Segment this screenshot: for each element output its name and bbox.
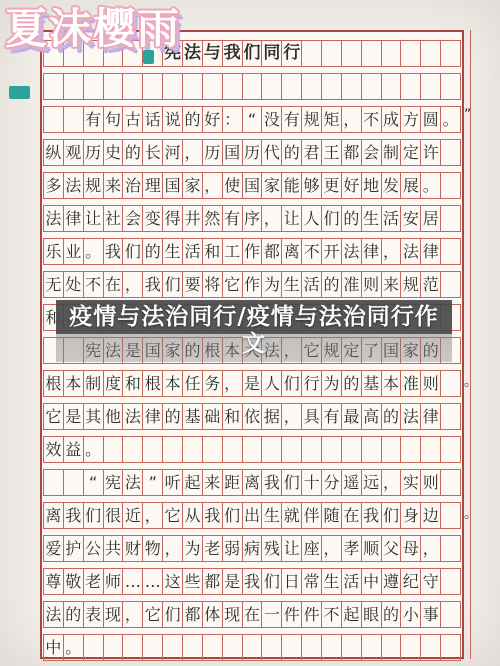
grid-cell: 我: [242, 568, 263, 595]
grid-cell: 来: [103, 172, 124, 199]
grid-cell: ，: [261, 205, 282, 232]
grid-cell: 其: [83, 403, 104, 430]
essay-row: 它是其他法律的基础和依据，具有最高的法律: [43, 403, 461, 430]
grid-cell: ，: [142, 502, 163, 529]
overlay-caption: 疫情与法治同行/疫情与法治同行作文: [56, 300, 452, 362]
grid-cell: 中: [43, 634, 64, 661]
grid-cell: 十: [301, 469, 322, 496]
grid-cell: 我: [103, 238, 124, 265]
grid-cell: [63, 73, 84, 100]
grid-cell: 律: [361, 238, 382, 265]
grid-cell: 君: [301, 139, 322, 166]
essay-row: 离我们很近，它从我们出生就伴随在我们身边。: [43, 502, 461, 529]
grid-cell: 有: [83, 106, 104, 133]
grid-cell: 王: [321, 139, 342, 166]
grid-cell: 许: [420, 139, 441, 166]
grid-cell: 作: [242, 238, 263, 265]
grid-cell: [122, 634, 143, 661]
grid-cell: 任: [182, 370, 203, 397]
grid-cell: [242, 73, 263, 100]
grid-cell: 法: [122, 469, 143, 496]
grid-cell: 准: [400, 370, 421, 397]
essay-row: 效益。: [43, 436, 461, 463]
grid-cell: 共: [103, 535, 124, 562]
grid-cell: 够: [301, 172, 322, 199]
grid-cell: 理: [142, 172, 163, 199]
grid-cell: 法: [43, 601, 64, 628]
grid-cell: 句: [103, 106, 124, 133]
grid-cell: [440, 139, 461, 166]
grid-cell: 很: [103, 502, 124, 529]
grid-cell: 它: [142, 601, 163, 628]
grid-cell: 们: [83, 502, 104, 529]
grid-cell: 生: [162, 238, 183, 265]
grid-cell: 现: [103, 601, 124, 628]
grid-cell: 生: [321, 568, 342, 595]
grid-cell: 同: [261, 40, 282, 67]
grid-cell: 的: [321, 271, 342, 298]
grid-cell: [381, 73, 402, 100]
grid-cell: 来: [202, 469, 223, 496]
grid-cell: 的: [381, 403, 402, 430]
grid-cell: 生: [261, 502, 282, 529]
grid-cell: [162, 634, 183, 661]
grid-cell: 们: [122, 238, 143, 265]
grid-cell: 我: [361, 502, 382, 529]
grid-cell: [381, 634, 402, 661]
grid-cell: [440, 436, 461, 463]
grid-cell: …: [142, 568, 163, 595]
grid-cell: [440, 601, 461, 628]
essay-row: 无处不在，我们要将它作为生活的准则来规范: [43, 271, 461, 298]
grid-cell: 历: [83, 139, 104, 166]
grid-cell: 。: [440, 106, 461, 133]
grid-cell: 距: [222, 469, 243, 496]
grid-cell: ，: [222, 370, 243, 397]
grid-cell: 老: [83, 568, 104, 595]
grid-cell: [440, 370, 461, 397]
grid-cell: [103, 634, 124, 661]
grid-cell: 母: [400, 535, 421, 562]
grid-cell: 小: [400, 601, 421, 628]
grid-cell: 纵: [43, 139, 64, 166]
grid-cell: 效: [43, 436, 64, 463]
grid-cell: 们: [242, 40, 263, 67]
grid-cell: 好: [341, 172, 362, 199]
grid-cell: 都: [341, 139, 362, 166]
grid-cell: 乐: [43, 238, 64, 265]
grid-cell: 在: [103, 271, 124, 298]
grid-cell: 身: [400, 502, 421, 529]
grid-cell: 说: [162, 106, 183, 133]
watermark-badge-icon: [9, 86, 30, 99]
grid-cell: 工: [222, 238, 243, 265]
grid-cell: [420, 436, 441, 463]
watermark-badge-icon: [143, 50, 154, 64]
grid-cell: [321, 436, 342, 463]
grid-cell: [63, 106, 84, 133]
grid-cell: [440, 634, 461, 661]
grid-cell: 观: [63, 139, 84, 166]
grid-cell: 的: [63, 601, 84, 628]
grid-cell: [440, 40, 461, 67]
grid-cell: [440, 469, 461, 496]
grid-cell: 家: [261, 172, 282, 199]
grid-cell: 远: [361, 469, 382, 496]
grid-cell: 的: [122, 139, 143, 166]
grid-cell: 活: [182, 238, 203, 265]
grid-cell: [361, 436, 382, 463]
grid-cell: 业: [63, 238, 84, 265]
grid-cell: [440, 172, 461, 199]
essay-row: “宪法”听起来距离我们十分遥远，实则: [43, 469, 461, 496]
grid-cell: 是: [242, 370, 263, 397]
grid-cell: 离: [281, 238, 302, 265]
grid-cell: 开: [321, 238, 342, 265]
grid-cell: 和: [122, 370, 143, 397]
grid-cell: 生: [281, 271, 302, 298]
grid-cell: 律: [142, 403, 163, 430]
grid-cell: [400, 73, 421, 100]
essay-row: 尊敬老师……这些都是我们日常生活中遵纪守: [43, 568, 461, 595]
grid-cell: 务: [202, 370, 223, 397]
grid-cell: 的: [182, 106, 203, 133]
grid-cell: 要: [182, 271, 203, 298]
grid-cell: 常: [301, 568, 322, 595]
grid-cell: [440, 403, 461, 430]
grid-cell: 法: [400, 238, 421, 265]
grid-cell: 不: [321, 601, 342, 628]
grid-cell: 都: [261, 238, 282, 265]
grid-cell: 地: [361, 172, 382, 199]
grid-cell: 些: [182, 568, 203, 595]
grid-cell: 代: [261, 139, 282, 166]
grid-cell: 基: [182, 403, 203, 430]
grid-cell: 治: [122, 172, 143, 199]
grid-cell: 不: [361, 106, 382, 133]
grid-cell: [381, 40, 402, 67]
grid-cell: [400, 40, 421, 67]
grid-cell: 规: [400, 271, 421, 298]
grid-cell: [321, 73, 342, 100]
grid-cell: 近: [122, 502, 143, 529]
grid-cell: [420, 634, 441, 661]
grid-cell: ”: [142, 469, 163, 496]
grid-cell: 敬: [63, 568, 84, 595]
grid-cell: …: [122, 568, 143, 595]
grid-cell: 基: [361, 370, 382, 397]
grid-cell: 遥: [341, 469, 362, 496]
grid-cell: 得: [162, 205, 183, 232]
grid-cell: 度: [103, 370, 124, 397]
grid-cell: “: [83, 469, 104, 496]
grid-cell: 听: [162, 469, 183, 496]
grid-cell: ，: [341, 106, 362, 133]
grid-cell: ，: [321, 535, 342, 562]
grid-cell: 法: [182, 40, 203, 67]
grid-cell: 法: [400, 403, 421, 430]
grid-cell: 居: [420, 205, 441, 232]
grid-cell: 矩: [321, 106, 342, 133]
grid-cell: [122, 436, 143, 463]
grid-cell: 让: [83, 205, 104, 232]
grid-cell: 日: [281, 568, 302, 595]
grid-cell: 则: [361, 271, 382, 298]
grid-cell: 有: [281, 106, 302, 133]
grid-cell: [122, 73, 143, 100]
overlay-caption-line: 文: [56, 331, 452, 358]
grid-cell: 体: [202, 601, 223, 628]
grid-cell: 让: [281, 535, 302, 562]
grid-cell: 边: [420, 502, 441, 529]
grid-cell: 师: [103, 568, 124, 595]
grid-cell: 们: [321, 205, 342, 232]
grid-cell: [321, 634, 342, 661]
grid-cell: [202, 634, 223, 661]
grid-cell: [63, 469, 84, 496]
grid-cell: 行: [281, 40, 302, 67]
grid-cell: 们: [162, 601, 183, 628]
grid-cell: 现: [222, 601, 243, 628]
grid-cell: [261, 73, 282, 100]
grid-cell: 律: [63, 205, 84, 232]
grid-cell: 物: [142, 535, 163, 562]
essay-row: 爱护公共财物，为老弱病残让座，孝顺父母，: [43, 535, 461, 562]
grid-cell: 他: [103, 403, 124, 430]
grid-cell: 安: [400, 205, 421, 232]
grid-cell: 分: [321, 469, 342, 496]
grid-cell: 与: [202, 40, 223, 67]
essay-row: 有句古话说的好：“没有规矩，不成方圆。”: [43, 106, 461, 133]
grid-cell: [361, 73, 382, 100]
essay-photo: 宪法与我们同行有句古话说的好：“没有规矩，不成方圆。”纵观历史的长河，历国历代的…: [0, 0, 500, 666]
grid-cell: 件: [301, 601, 322, 628]
grid-cell: 规: [301, 106, 322, 133]
grid-cell: 活: [301, 271, 322, 298]
grid-cell: 顺: [361, 535, 382, 562]
grid-cell: 孝: [341, 535, 362, 562]
grid-cell: 随: [321, 502, 342, 529]
grid-cell: [440, 205, 461, 232]
grid-cell: 不: [301, 238, 322, 265]
grid-cell: 们: [222, 502, 243, 529]
grid-cell: 高: [361, 403, 382, 430]
grid-cell: [420, 73, 441, 100]
grid-cell: [281, 634, 302, 661]
grid-cell: [261, 634, 282, 661]
grid-cell: 残: [261, 535, 282, 562]
grid-cell: 座: [301, 535, 322, 562]
grid-cell: 有: [222, 205, 243, 232]
grid-cell: [83, 634, 104, 661]
grid-cell: 。: [63, 634, 84, 661]
grid-cell: 们: [261, 568, 282, 595]
grid-cell: 起: [341, 601, 362, 628]
grid-cell: [222, 436, 243, 463]
margin-punctuation: 。: [464, 503, 478, 523]
grid-cell: 病: [242, 535, 263, 562]
grid-cell: 的: [341, 370, 362, 397]
grid-cell: 不: [83, 271, 104, 298]
watermark-logo: 夏沫樱雨: [5, 0, 181, 56]
grid-cell: 活: [341, 568, 362, 595]
grid-cell: 老: [202, 535, 223, 562]
grid-cell: [440, 502, 461, 529]
grid-cell: [242, 436, 263, 463]
grid-cell: 在: [341, 502, 362, 529]
grid-cell: 好: [202, 106, 223, 133]
grid-cell: [242, 634, 263, 661]
grid-cell: 定: [400, 139, 421, 166]
grid-cell: 们: [281, 370, 302, 397]
grid-cell: [142, 634, 163, 661]
grid-cell: 护: [63, 535, 84, 562]
grid-cell: 事: [420, 601, 441, 628]
grid-cell: 长: [142, 139, 163, 166]
grid-cell: [341, 634, 362, 661]
grid-cell: 展: [400, 172, 421, 199]
grid-cell: 都: [182, 601, 203, 628]
grid-cell: 出: [242, 502, 263, 529]
grid-cell: 们: [281, 469, 302, 496]
grid-cell: [43, 106, 64, 133]
grid-cell: [400, 436, 421, 463]
grid-cell: [162, 436, 183, 463]
grid-cell: [202, 73, 223, 100]
grid-cell: 是: [222, 568, 243, 595]
grid-cell: 我: [202, 502, 223, 529]
grid-cell: 国: [222, 139, 243, 166]
grid-cell: [381, 436, 402, 463]
grid-cell: [281, 436, 302, 463]
grid-cell: 能: [281, 172, 302, 199]
grid-cell: 准: [341, 271, 362, 298]
grid-cell: 则: [420, 469, 441, 496]
grid-cell: ，: [122, 271, 143, 298]
grid-cell: [361, 634, 382, 661]
grid-cell: [440, 568, 461, 595]
essay-row: 中。: [43, 634, 461, 661]
grid-cell: 伴: [301, 502, 322, 529]
grid-cell: 的: [281, 139, 302, 166]
essay-row: 纵观历史的长河，历国历代的君王都会制定许: [43, 139, 461, 166]
grid-cell: 人: [301, 205, 322, 232]
grid-cell: [301, 40, 322, 67]
grid-cell: [222, 634, 243, 661]
grid-cell: 规: [83, 172, 104, 199]
grid-cell: 在: [242, 601, 263, 628]
grid-cell: 会: [122, 205, 143, 232]
grid-cell: 它: [43, 403, 64, 430]
grid-cell: 河: [162, 139, 183, 166]
grid-cell: 历: [202, 139, 223, 166]
grid-cell: [341, 40, 362, 67]
essay-row: 根本制度和根本任务，是人们行为的基本准则。: [43, 370, 461, 397]
grid-cell: 遵: [381, 568, 402, 595]
grid-cell: 无: [43, 271, 64, 298]
grid-cell: 国: [162, 172, 183, 199]
grid-cell: 使: [222, 172, 243, 199]
grid-cell: 我: [261, 469, 282, 496]
grid-cell: [440, 271, 461, 298]
grid-cell: 都: [202, 568, 223, 595]
grid-cell: [103, 436, 124, 463]
grid-cell: [301, 73, 322, 100]
grid-cell: [341, 436, 362, 463]
grid-cell: ，: [281, 403, 302, 430]
grid-cell: [341, 73, 362, 100]
grid-cell: 益: [63, 436, 84, 463]
grid-cell: 法: [122, 403, 143, 430]
grid-cell: 一: [261, 601, 282, 628]
grid-cell: 本: [162, 370, 183, 397]
grid-cell: 社: [103, 205, 124, 232]
grid-cell: 为: [321, 370, 342, 397]
grid-cell: 国: [242, 172, 263, 199]
grid-cell: 活: [381, 205, 402, 232]
grid-cell: 律: [420, 403, 441, 430]
grid-cell: 财: [122, 535, 143, 562]
grid-cell: [162, 73, 183, 100]
grid-cell: 本: [63, 370, 84, 397]
grid-cell: 我: [222, 40, 243, 67]
grid-cell: ：: [222, 106, 243, 133]
grid-cell: 将: [202, 271, 223, 298]
grid-cell: [440, 238, 461, 265]
grid-cell: [420, 40, 441, 67]
grid-cell: 律: [420, 238, 441, 265]
grid-cell: 圆: [420, 106, 441, 133]
grid-cell: [83, 73, 104, 100]
grid-cell: 的: [341, 205, 362, 232]
grid-cell: 具: [301, 403, 322, 430]
grid-cell: [43, 73, 64, 100]
grid-cell: 来: [381, 271, 402, 298]
grid-cell: [281, 73, 302, 100]
grid-cell: 公: [83, 535, 104, 562]
grid-cell: 和: [222, 403, 243, 430]
grid-cell: 是: [63, 403, 84, 430]
grid-cell: ，: [202, 172, 223, 199]
grid-cell: 法: [63, 172, 84, 199]
grid-cell: 有: [321, 403, 342, 430]
grid-cell: [301, 436, 322, 463]
grid-cell: [103, 73, 124, 100]
grid-cell: 为: [261, 271, 282, 298]
grid-cell: ，: [162, 535, 183, 562]
grid-cell: 我: [142, 271, 163, 298]
grid-cell: [222, 73, 243, 100]
grid-cell: 它: [222, 271, 243, 298]
grid-cell: 会: [361, 139, 382, 166]
grid-cell: 础: [202, 403, 223, 430]
grid-cell: [301, 634, 322, 661]
essay-row: 乐业。我们的生活和工作都离不开法律，法律: [43, 238, 461, 265]
grid-cell: ，: [122, 601, 143, 628]
grid-cell: 历: [242, 139, 263, 166]
grid-cell: 弱: [222, 535, 243, 562]
grid-cell: 我: [63, 502, 84, 529]
grid-cell: 它: [162, 502, 183, 529]
grid-cell: 古: [122, 106, 143, 133]
grid-cell: 。: [420, 172, 441, 199]
grid-cell: 中: [361, 568, 382, 595]
grid-cell: 发: [381, 172, 402, 199]
grid-cell: 据: [261, 403, 282, 430]
grid-cell: 家: [182, 172, 203, 199]
grid-cell: 然: [202, 205, 223, 232]
grid-cell: 井: [182, 205, 203, 232]
